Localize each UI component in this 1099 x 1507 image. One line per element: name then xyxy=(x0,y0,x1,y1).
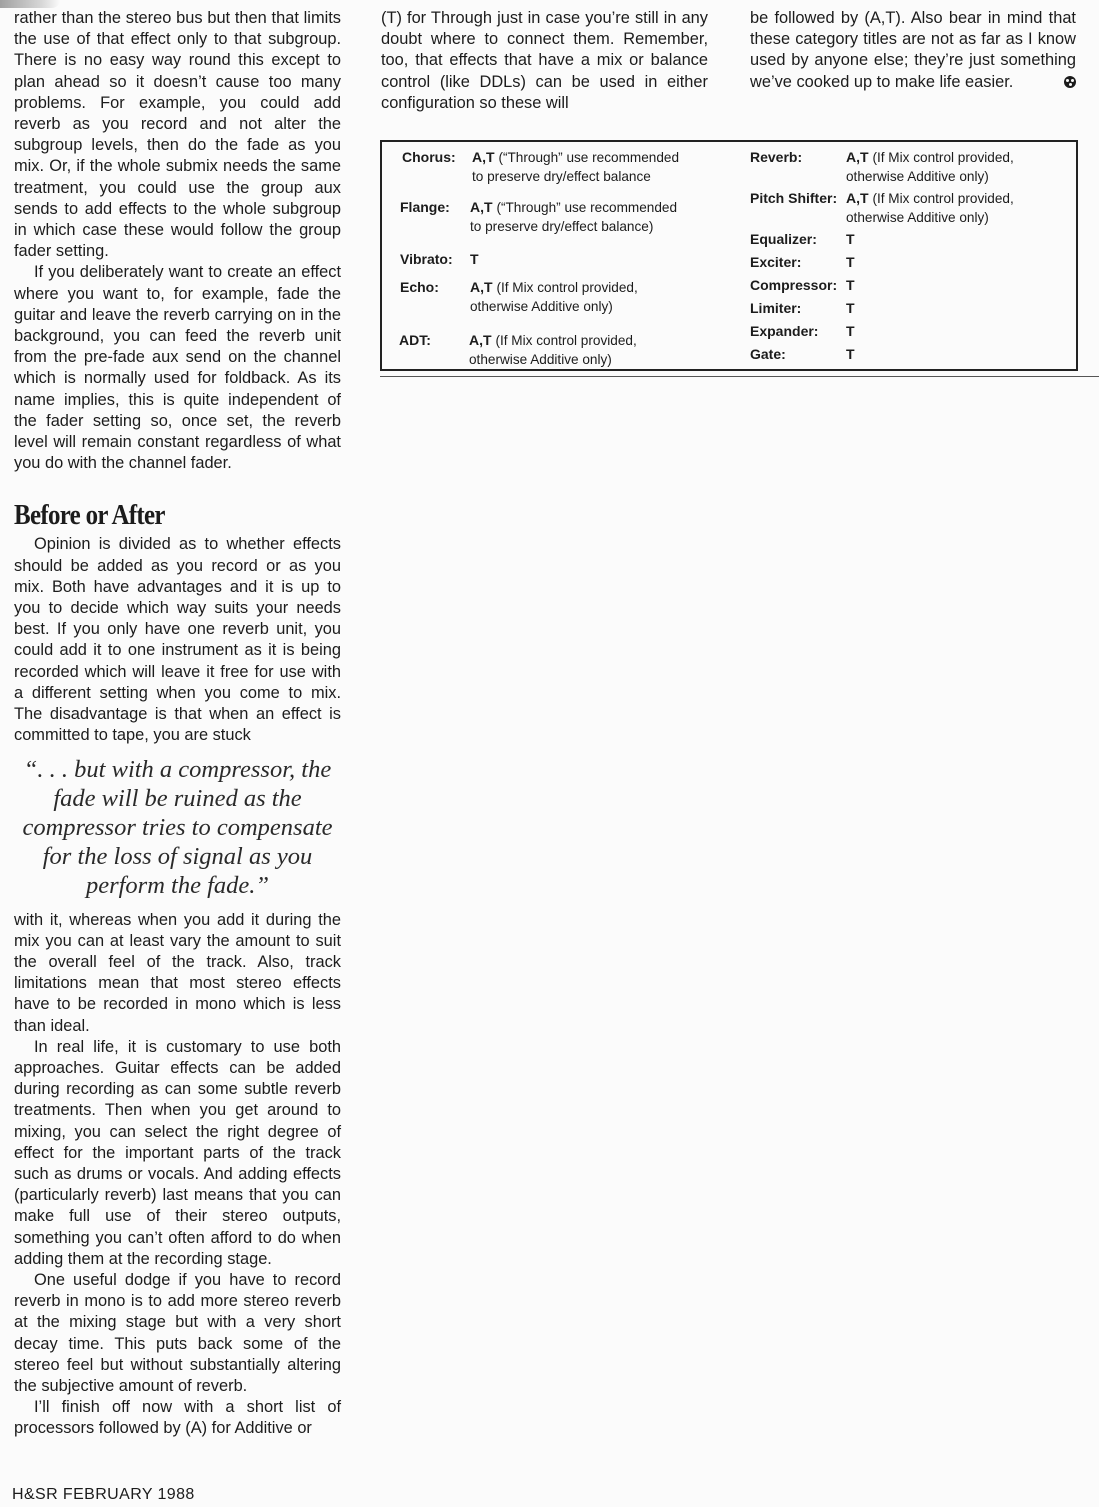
divider-rule xyxy=(380,376,1099,377)
effect-row: Pitch Shifter: A,T (If Mix control provi… xyxy=(750,189,1014,227)
left-column: rather than the stereo bus but then that… xyxy=(14,8,341,1440)
body-paragraph: Opinion is divided as to whether effects… xyxy=(14,534,341,746)
page-folio: H&SR FEBRUARY 1988 xyxy=(12,1486,195,1504)
effect-name: Gate: xyxy=(750,345,846,363)
effect-value: T xyxy=(846,299,855,317)
body-paragraph: One useful dodge if you have to record r… xyxy=(14,1270,341,1397)
effect-row: Limiter: T xyxy=(750,299,855,317)
effect-name: Exciter: xyxy=(750,253,846,271)
effect-row: Equalizer: T xyxy=(750,230,855,248)
effect-name: ADT: xyxy=(399,331,469,369)
effect-value: T xyxy=(846,322,855,340)
effect-name: Compressor: xyxy=(750,276,846,294)
body-paragraph: be followed by (A,T). Also bear in mind … xyxy=(750,8,1076,93)
effect-value: A,T (“Through” use recommendedto preserv… xyxy=(470,198,677,236)
body-text: be followed by (A,T). Also bear in mind … xyxy=(750,9,1076,91)
effect-name: Chorus: xyxy=(402,148,472,186)
effect-value: T xyxy=(470,250,479,268)
body-paragraph: In real life, it is customary to use bot… xyxy=(14,1037,341,1270)
effect-name: Equalizer: xyxy=(750,230,846,248)
effect-name: Pitch Shifter: xyxy=(750,189,846,227)
section-heading: Before or After xyxy=(14,498,295,532)
effect-name: Expander: xyxy=(750,322,846,340)
body-paragraph: with it, whereas when you add it during … xyxy=(14,910,341,1037)
effects-classification-box: Chorus: A,T (“Through” use recommendedto… xyxy=(380,140,1078,371)
body-paragraph: (T) for Through just in case you’re stil… xyxy=(381,8,708,114)
right-column: be followed by (A,T). Also bear in mind … xyxy=(750,8,1076,93)
effect-row: Compressor: T xyxy=(750,276,855,294)
body-paragraph: If you deliberately want to create an ef… xyxy=(14,262,341,474)
effect-row: ADT: A,T (If Mix control provided,otherw… xyxy=(399,331,637,369)
effect-value: A,T (If Mix control provided,otherwise A… xyxy=(470,278,638,316)
body-paragraph: rather than the stereo bus but then that… xyxy=(14,8,341,262)
effect-row: Gate: T xyxy=(750,345,855,363)
middle-column: (T) for Through just in case you’re stil… xyxy=(381,8,708,114)
effect-row: Vibrato: T xyxy=(400,250,479,268)
effect-row: Expander: T xyxy=(750,322,855,340)
effect-row: Chorus: A,T (“Through” use recommendedto… xyxy=(402,148,679,186)
effect-row: Exciter: T xyxy=(750,253,855,271)
effect-row: Reverb: A,T (If Mix control provided,oth… xyxy=(750,148,1014,186)
effect-value: T xyxy=(846,253,855,271)
effect-value: A,T (If Mix control provided,otherwise A… xyxy=(469,331,637,369)
effect-value: A,T (If Mix control provided,otherwise A… xyxy=(846,189,1014,227)
effect-value: A,T (“Through” use recommendedto preserv… xyxy=(472,148,679,186)
effect-value: T xyxy=(846,230,855,248)
scan-artifact xyxy=(0,0,60,8)
effect-name: Vibrato: xyxy=(400,250,470,268)
effect-row: Echo: A,T (If Mix control provided,other… xyxy=(400,278,638,316)
body-paragraph: I’ll finish off now with a short list of… xyxy=(14,1397,341,1439)
tape-reel-icon xyxy=(1064,76,1076,88)
effect-value: A,T (If Mix control provided,otherwise A… xyxy=(846,148,1014,186)
effect-row: Flange: A,T (“Through” use recommendedto… xyxy=(400,198,677,236)
effect-value: T xyxy=(846,276,855,294)
pull-quote: “. . . but with a compressor, the fade w… xyxy=(14,755,341,900)
effect-value: T xyxy=(846,345,855,363)
effect-name: Reverb: xyxy=(750,148,846,186)
effect-name: Echo: xyxy=(400,278,470,316)
effect-name: Flange: xyxy=(400,198,470,236)
effect-name: Limiter: xyxy=(750,299,846,317)
